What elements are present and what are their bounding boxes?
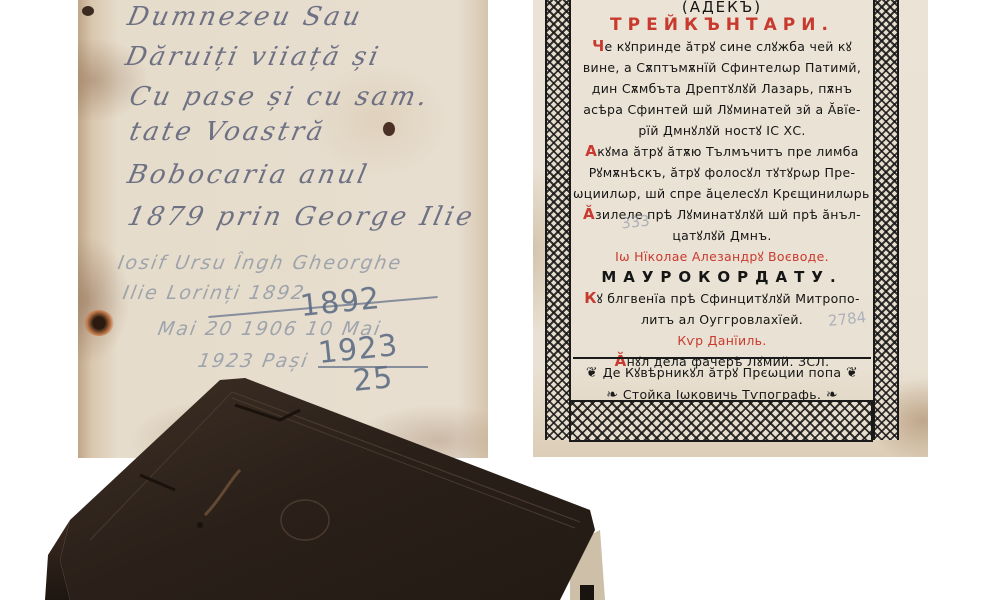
title-line: асѣра Сфинтей шй Лꙋминатей зй а Ӑвїе- bbox=[573, 99, 871, 120]
ornamental-border-left bbox=[545, 0, 571, 440]
title-main: ТРЕЙКЪНТАРИ. bbox=[573, 14, 871, 36]
colophon-block: ❦ Де Кꙋвѣрникꙋл ӑтрꙋ Прєѡции попа ❦ ❧ Ст… bbox=[573, 362, 871, 406]
worm-hole bbox=[383, 122, 395, 136]
red-initial: А bbox=[585, 142, 597, 160]
title-line: вине, а Сѫптъмѫнїй Сфинтелѡр Патимй, bbox=[573, 57, 871, 78]
printed-title-page: (АДЕКЪ) ТРЕЙКЪНТАРИ. Че кꙋпринде ӑтрꙋ си… bbox=[533, 0, 928, 457]
title-line-text: е кꙋпринде ӑтрꙋ сине слꙋжба чеӥ кꙋ bbox=[604, 39, 851, 54]
title-text-block: (АДЕКЪ) ТРЕЙКЪНТАРИ. Че кꙋпринде ӑтрꙋ си… bbox=[573, 0, 871, 372]
colophon-text: Стойка Ӏѡковичь Тѵпографь. bbox=[623, 387, 821, 402]
blind-stamp bbox=[281, 500, 329, 540]
title-line: ѡциилѡр, шй спре ӑцелесꙋл Крєщинилѡрь. bbox=[573, 183, 871, 204]
handwritten-flyleaf: Dumnezeu Sau Dăruiți viiață și Cu pase ș… bbox=[78, 0, 488, 458]
library-stamp: 333 bbox=[620, 212, 650, 233]
title-line: Ӑзилеле прѣ Лꙋминатꙋлꙋй шй прѣ ӑнъл- bbox=[573, 204, 871, 225]
title-subtitle: (АДЕКЪ) bbox=[573, 0, 871, 14]
pencil-note-2: Ilie Lorinți 1892 bbox=[121, 282, 307, 304]
ink-line-3: Cu pase și cu sam. bbox=[127, 82, 433, 112]
colophon-line-1: ❦ Де Кꙋвѣрникꙋл ӑтрꙋ Прєѡции попа ❦ bbox=[573, 362, 871, 384]
fleuron-icon: ❧ bbox=[606, 387, 623, 403]
rust-stain bbox=[84, 310, 114, 336]
metropolitan-name-line: Кѵр Данїиль. bbox=[573, 330, 871, 351]
ornamental-border-right bbox=[873, 0, 899, 440]
pencil-note-4: 1923 Pași bbox=[196, 350, 311, 372]
title-line: Рꙋмѫнѣскъ, ӑтрꙋ фолосꙋл тꙋтꙋрѡр Пре- bbox=[573, 162, 871, 183]
ink-line-6: 1879 prin George Ilie bbox=[125, 202, 478, 232]
ink-line-4: tate Voastră bbox=[127, 117, 329, 147]
colophon-line-2: ❧ Стойка Ӏѡковичь Тѵпографь. ❧ bbox=[573, 384, 871, 406]
title-line: Кꙋ блгвенїа прѣ Сфинцитꙋлꙋй Митропо- bbox=[573, 288, 871, 309]
book-spine bbox=[45, 520, 70, 600]
prince-name-line: Іѡ Нїколае Алезандрꙋ Воєводе. bbox=[573, 246, 871, 267]
title-line: Че кꙋпринде ӑтрꙋ сине слꙋжба чеӥ кꙋ bbox=[573, 36, 871, 57]
ink-line-1: Dumnezeu Sau bbox=[125, 2, 366, 32]
fleuron-icon: ❦ bbox=[841, 365, 858, 381]
page-edge bbox=[570, 530, 605, 600]
colophon-text: Де Кꙋвѣрникꙋл ӑтрꙋ Прєѡции попа bbox=[603, 365, 842, 380]
red-initial: Ӑ bbox=[583, 205, 595, 223]
ink-line-2: Dăruiți viiață și bbox=[123, 42, 384, 72]
ornamental-border-bottom bbox=[569, 400, 873, 442]
red-initial: Ч bbox=[592, 37, 604, 55]
title-line: дин Сѫмбъта Дрептꙋлꙋй Лазарь, пѫнъ bbox=[573, 78, 871, 99]
title-line: рїй Дмнꙋлꙋй ностꙋ ІС ХС. bbox=[573, 120, 871, 141]
title-line: Акꙋма ӑтрꙋ ӑтѫю Тълмъчитъ пре лимба bbox=[573, 141, 871, 162]
worm-hole bbox=[82, 6, 94, 16]
title-line-text: ꙋ блгвенїа прѣ Сфинцитꙋлꙋй Митропо- bbox=[597, 291, 860, 306]
pencil-note-1: Iosif Ursu Îngh Gheorghe bbox=[116, 252, 404, 274]
pencil-strike bbox=[318, 366, 428, 368]
fleuron-icon: ❦ bbox=[586, 365, 603, 381]
title-line-text: кꙋма ӑтрꙋ ӑтѫю Тълмъчитъ пре лимба bbox=[597, 144, 858, 159]
colophon-divider bbox=[573, 357, 871, 359]
red-initial: К bbox=[584, 289, 597, 307]
mavrocordat-line: МАУРОКОРДАТУ. bbox=[573, 267, 871, 288]
clasp bbox=[580, 585, 594, 600]
title-line: цатꙋлꙋй Дмнъ. bbox=[573, 225, 871, 246]
ink-line-5: Bobocaria anul bbox=[125, 160, 372, 190]
fleuron-icon: ❧ bbox=[821, 387, 838, 403]
